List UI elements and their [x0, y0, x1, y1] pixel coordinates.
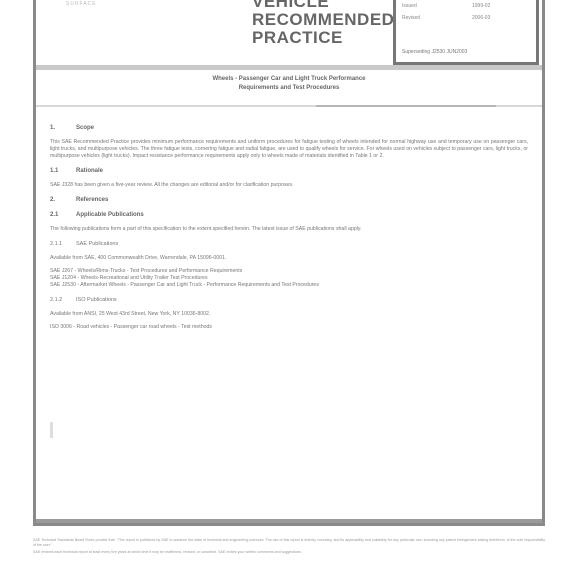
section-title: Applicable Publications [76, 212, 144, 218]
sae-reference-list: SAE J267 - Wheels/Rims-Trucks - Test Pro… [50, 268, 528, 289]
section-heading-iso-pubs: 2.1.2ISO Publications [50, 297, 528, 304]
applicable-paragraph: The following publications form a part o… [50, 226, 528, 233]
section-title: SAE Publications [76, 241, 118, 247]
title-line: RECOMMENDED [252, 11, 394, 29]
page-bottom-border [36, 519, 542, 523]
header-left-text: SURFACE [66, 1, 97, 7]
meta-value: 1999-02 [472, 3, 512, 9]
section-title: ISO Publications [76, 297, 117, 303]
section-number: 2.1 [50, 212, 76, 219]
footer-line: SAE reviews each technical report at lea… [33, 550, 545, 555]
meta-label: Issued [402, 3, 417, 9]
reference-item: SAE J1204 - Wheels-Recreational and Util… [50, 275, 528, 282]
meta-issued: Issued 1999-02 [402, 3, 417, 9]
section-number: 2. [50, 197, 76, 204]
document-body: 1.Scope This SAE Recommended Practice pr… [50, 117, 528, 331]
header-divider [36, 65, 542, 70]
subtitle-line: Requirements and Test Procedures [36, 84, 542, 93]
section-number: 1.1 [50, 168, 76, 175]
section-heading-rationale: 1.1Rationale [50, 168, 528, 175]
section-heading-scope: 1.Scope [50, 125, 528, 132]
document-page: SURFACE VEHICLE RECOMMENDED PRACTICE Iss… [33, 0, 545, 526]
subtitle-divider-accent [316, 105, 496, 107]
footer-line: SAE Technical Standards Board Rules prov… [33, 538, 545, 548]
rationale-paragraph: SAE J328 has been given a five-year revi… [50, 182, 528, 189]
reference-item: SAE J2530 - Aftermarket Wheels - Passeng… [50, 282, 528, 289]
section-title: References [76, 197, 108, 203]
document-header: SURFACE VEHICLE RECOMMENDED PRACTICE Iss… [36, 0, 542, 67]
section-number: 1. [50, 125, 76, 132]
reference-item: SAE J267 - Wheels/Rims-Trucks - Test Pro… [50, 268, 528, 275]
section-title: Scope [76, 125, 94, 131]
sae-availability: Available from SAE, 400 Commonwealth Dri… [50, 255, 528, 262]
issue-meta-box: Issued 1999-02 Revised 2006-03 Supersedi… [393, 0, 539, 65]
document-subtitle: Wheels - Passenger Car and Light Truck P… [36, 75, 542, 93]
meta-value: 2006-03 [472, 15, 512, 21]
page-footer: SAE Technical Standards Board Rules prov… [33, 538, 545, 557]
section-heading-references: 2.References [50, 197, 528, 204]
subtitle-line: Wheels - Passenger Car and Light Truck P… [36, 75, 542, 84]
iso-availability: Available from ANSI, 25 West 43rd Street… [50, 311, 528, 318]
scope-paragraph: This SAE Recommended Practice provides m… [50, 139, 528, 160]
reference-item: ISO 3006 - Road vehicles - Passenger car… [50, 324, 528, 331]
section-heading-sae-pubs: 2.1.1SAE Publications [50, 241, 528, 248]
title-line: PRACTICE [252, 29, 394, 47]
section-number: 2.1.1 [50, 241, 76, 248]
meta-revised: Revised 2006-03 [402, 15, 420, 21]
meta-label: Revised [402, 15, 420, 21]
meta-superseding: Superseding J2530 JUN2003 [402, 49, 467, 55]
section-title: Rationale [76, 168, 103, 174]
section-number: 2.1.2 [50, 297, 76, 304]
document-type-title: VEHICLE RECOMMENDED PRACTICE [252, 0, 394, 47]
section-heading-applicable: 2.1Applicable Publications [50, 212, 528, 219]
change-bar [50, 422, 53, 438]
